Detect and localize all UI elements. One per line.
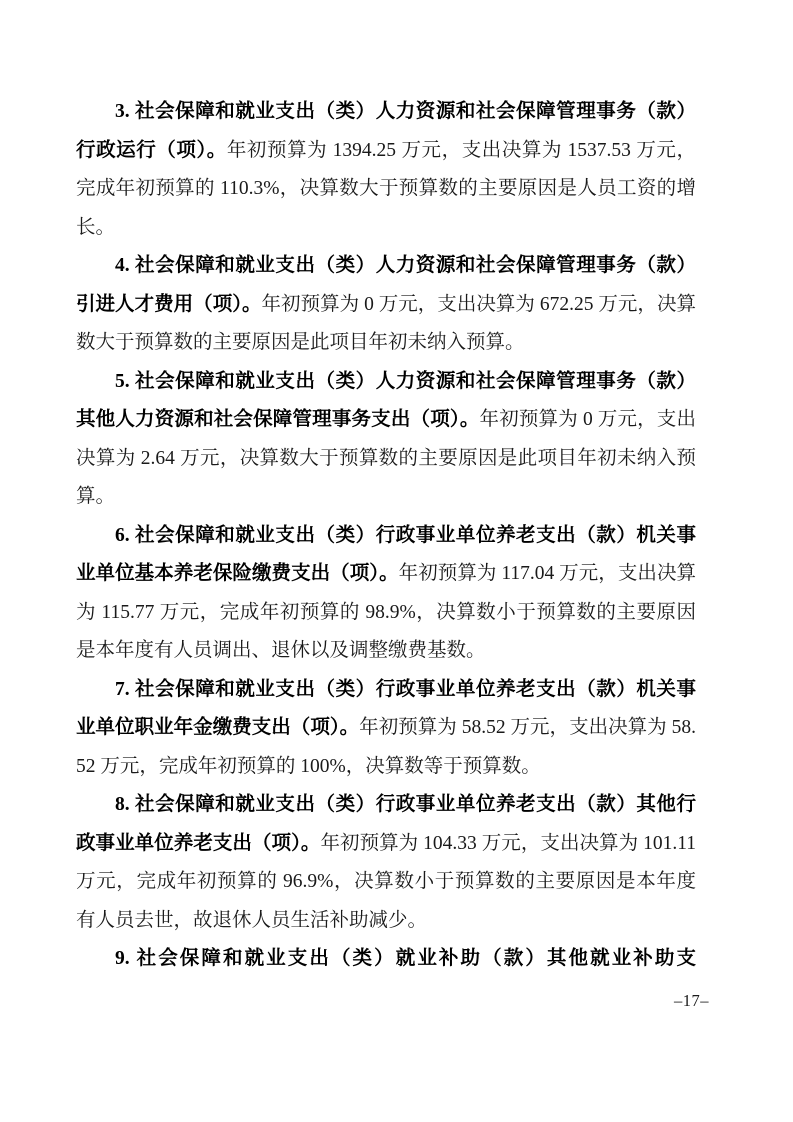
paragraph-7: 7. 社会保障和就业支出（类）行政事业单位养老支出（款）机关事业单位职业年金缴费…	[76, 671, 696, 787]
paragraph-4: 4. 社会保障和就业支出（类）人力资源和社会保障管理事务（款）引进人才费用（项）…	[76, 247, 696, 363]
document-page: 3. 社会保障和就业支出（类）人力资源和社会保障管理事务（款）行政运行（项）。年…	[0, 0, 793, 1122]
text-block: 3. 社会保障和就业支出（类）人力资源和社会保障管理事务（款）行政运行（项）。年…	[76, 93, 696, 979]
paragraph-9-heading: 9. 社会保障和就业支出（类）就业补助（款）其他就业补助支	[115, 948, 696, 969]
paragraph-5: 5. 社会保障和就业支出（类）人力资源和社会保障管理事务（款）其他人力资源和社会…	[76, 363, 696, 517]
paragraph-8: 8. 社会保障和就业支出（类）行政事业单位养老支出（款）其他行政事业单位养老支出…	[76, 786, 696, 940]
paragraph-6: 6. 社会保障和就业支出（类）行政事业单位养老支出（款）机关事业单位基本养老保险…	[76, 517, 696, 671]
page-number: –17–	[674, 991, 709, 1011]
paragraph-3: 3. 社会保障和就业支出（类）人力资源和社会保障管理事务（款）行政运行（项）。年…	[76, 93, 696, 247]
paragraph-9: 9. 社会保障和就业支出（类）就业补助（款）其他就业补助支	[76, 940, 696, 979]
